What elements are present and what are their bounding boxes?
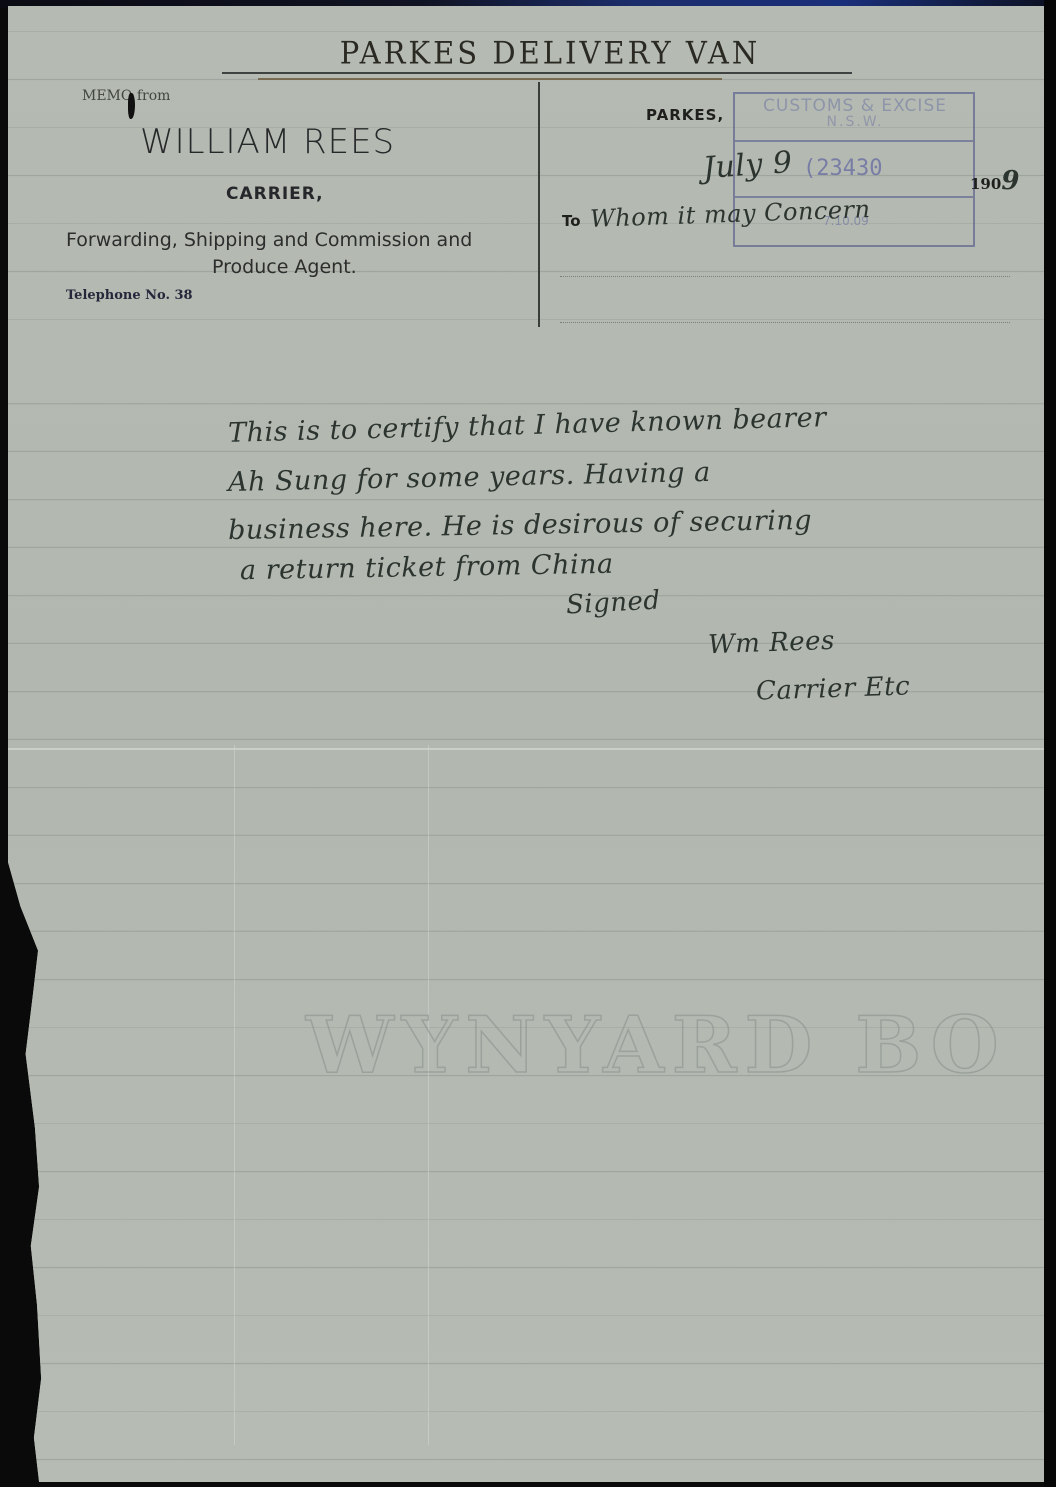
stamp-subheader: N.S.W. xyxy=(735,114,975,130)
paper-fold-line xyxy=(8,748,1044,750)
place-label: PARKES, xyxy=(646,106,724,124)
handwritten-year-digit: 9 xyxy=(1001,166,1020,196)
paper-crease xyxy=(428,745,429,1445)
scan-right-edge xyxy=(1044,0,1056,1487)
title-underline xyxy=(222,72,852,74)
letterhead-title: PARKES DELIVERY VAN xyxy=(250,35,850,71)
sender-name: WILLIAM REES xyxy=(140,122,395,162)
telephone-number: Telephone No. 38 xyxy=(66,288,193,303)
address-dotted-line xyxy=(560,276,1010,277)
sender-occupation: CARRIER, xyxy=(226,184,324,204)
stamp-number: (23430 xyxy=(803,156,882,181)
handwritten-date: July 9 xyxy=(702,145,794,186)
address-dotted-line xyxy=(560,322,1010,323)
title-underline-accent xyxy=(258,78,722,80)
signed-label: Signed xyxy=(565,586,661,621)
signature-title: Carrier Etc xyxy=(756,671,911,706)
body-line-4: a return ticket from China xyxy=(240,549,614,587)
stamp-divider xyxy=(735,140,973,142)
signature-name: Wm Rees xyxy=(708,626,836,660)
paper-watermark: WYNYARD BO xyxy=(306,1000,1007,1091)
services-line-1: Forwarding, Shipping and Commission and xyxy=(66,229,472,251)
column-divider xyxy=(538,82,540,327)
services-line-2: Produce Agent. xyxy=(212,256,357,278)
year-prefix: 1909 xyxy=(970,166,1020,196)
memo-from-label: MEMO from xyxy=(82,88,170,104)
to-label: To xyxy=(562,212,581,230)
stamp-header: CUSTOMS & EXCISE xyxy=(735,96,975,116)
paper-crease xyxy=(234,745,235,1445)
